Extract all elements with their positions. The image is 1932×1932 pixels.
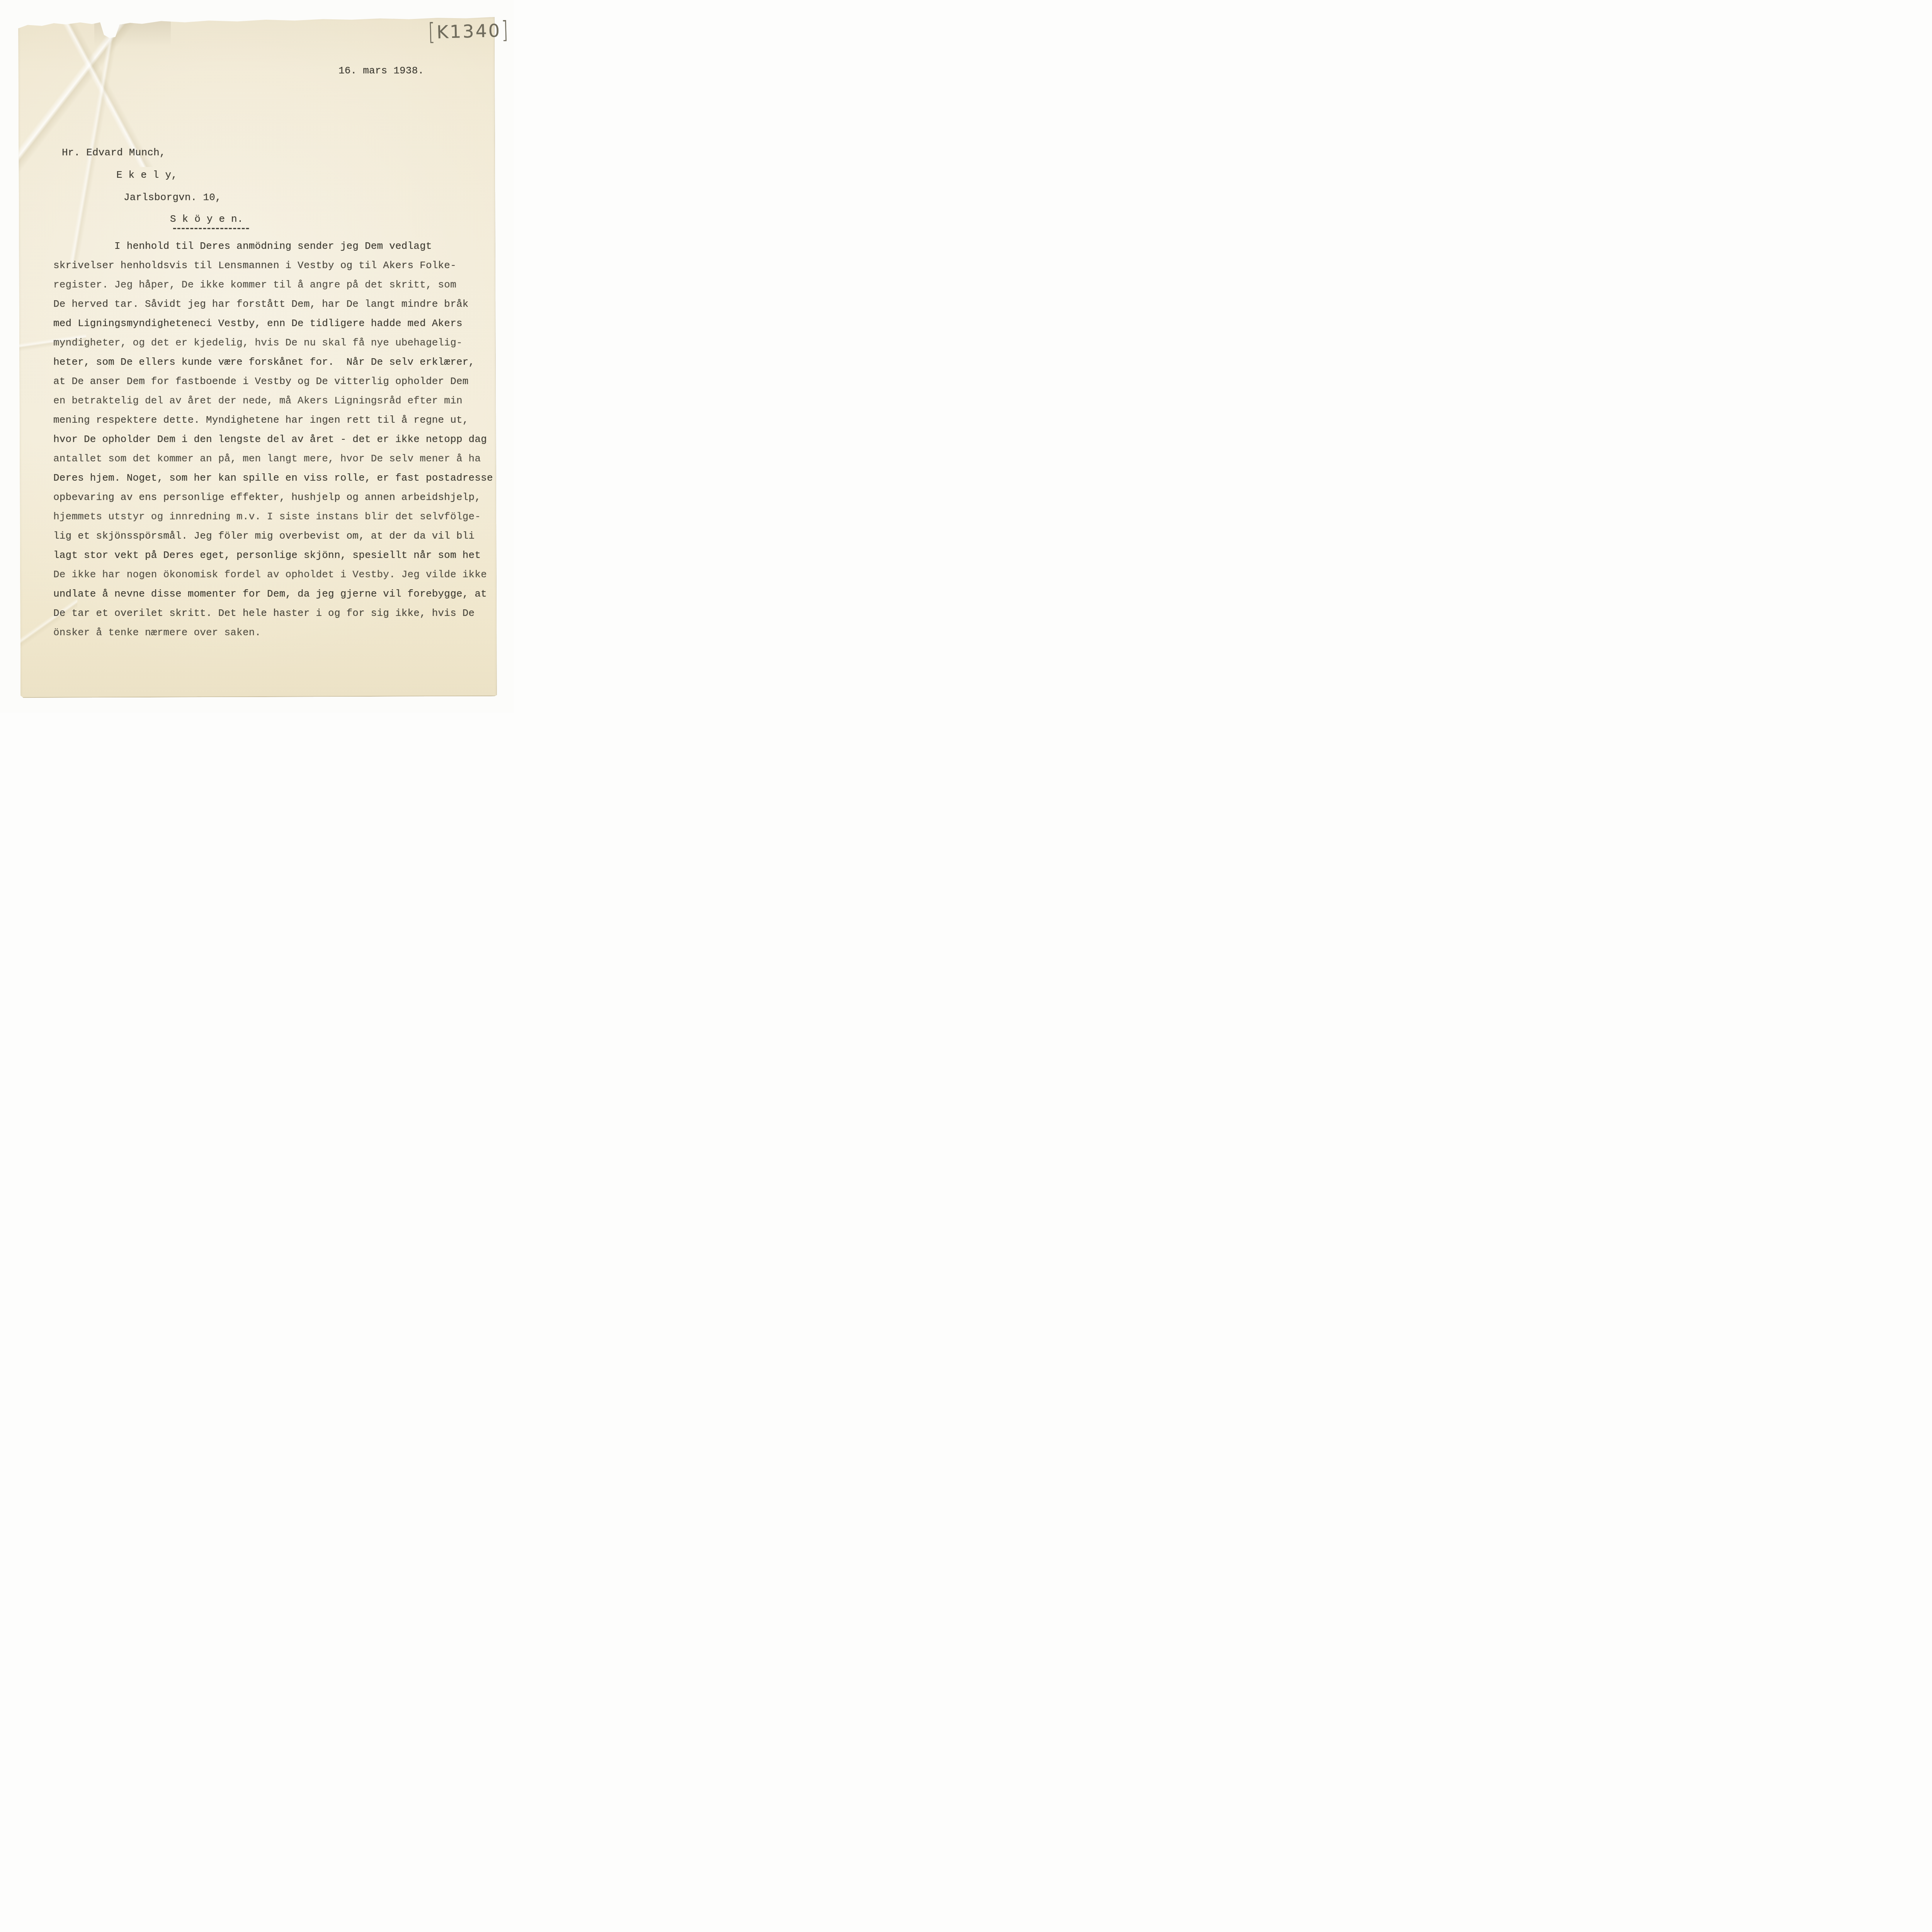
crease-line: [32, 17, 195, 168]
date-line: 16. mars 1938.: [338, 65, 424, 77]
body-line: heter, som De ellers kunde være forskåne…: [53, 352, 493, 372]
crease-line: [18, 17, 219, 194]
body-line: mening respektere dette. Myndighetene ha…: [53, 410, 493, 430]
body-line: myndigheter, og det er kjedelig, hvis De…: [53, 333, 493, 352]
body-line: De ikke har nogen ökonomisk fordel av op…: [53, 565, 493, 584]
body-line: en betraktelig del av året der nede, må …: [53, 391, 493, 410]
body-line: skrivelser henholdsvis til Lensmannen i …: [53, 256, 493, 275]
pencil-bracket-open: [: [428, 20, 437, 44]
body-line: hjemmets utstyr og innredning m.v. I sis…: [53, 507, 493, 526]
body-line: lig et skjönsspörsmål. Jeg föler mig ove…: [53, 526, 493, 546]
archive-number: K1340: [436, 20, 502, 43]
letter-body: I henhold til Deres anmödning sender jeg…: [53, 236, 493, 642]
body-line: hvor De opholder Dem i den lengste del a…: [53, 430, 493, 449]
body-line: Deres hjem. Noget, som her kan spille en…: [53, 468, 493, 488]
body-line: register. Jeg håper, De ikke kommer til …: [53, 275, 493, 294]
body-line: önsker å tenke nærmere over saken.: [53, 623, 493, 642]
body-line: antallet som det kommer an på, men langt…: [53, 449, 493, 468]
body-line: lagt stor vekt på Deres eget, personlige…: [53, 546, 493, 565]
body-line: De herved tar. Såvidt jeg har forstått D…: [53, 294, 493, 314]
body-line: med Ligningsmyndigheteneci Vestby, enn D…: [53, 314, 493, 333]
body-line: undlate å nevne disse momenter for Dem, …: [53, 584, 493, 604]
body-line: De tar et overilet skritt. Det hele hast…: [53, 604, 493, 623]
body-line: at De anser Dem for fastboende i Vestby …: [53, 372, 493, 391]
recipient-estate: E k e l y,: [116, 169, 177, 181]
archive-number-annotation: [K1340]: [428, 21, 510, 41]
body-line: opbevaring av ens personlige effekter, h…: [53, 488, 493, 507]
recipient-street: Jarlsborgvn. 10,: [124, 192, 221, 203]
body-line: I henhold til Deres anmödning sender jeg…: [53, 236, 493, 256]
scanned-letter-page: { "annotation": { "bracket_open": "[", "…: [0, 0, 514, 713]
recipient-name: Hr. Edvard Munch,: [62, 147, 166, 158]
district-underline: ------------------: [172, 223, 255, 234]
pencil-bracket-close: ]: [501, 18, 510, 42]
